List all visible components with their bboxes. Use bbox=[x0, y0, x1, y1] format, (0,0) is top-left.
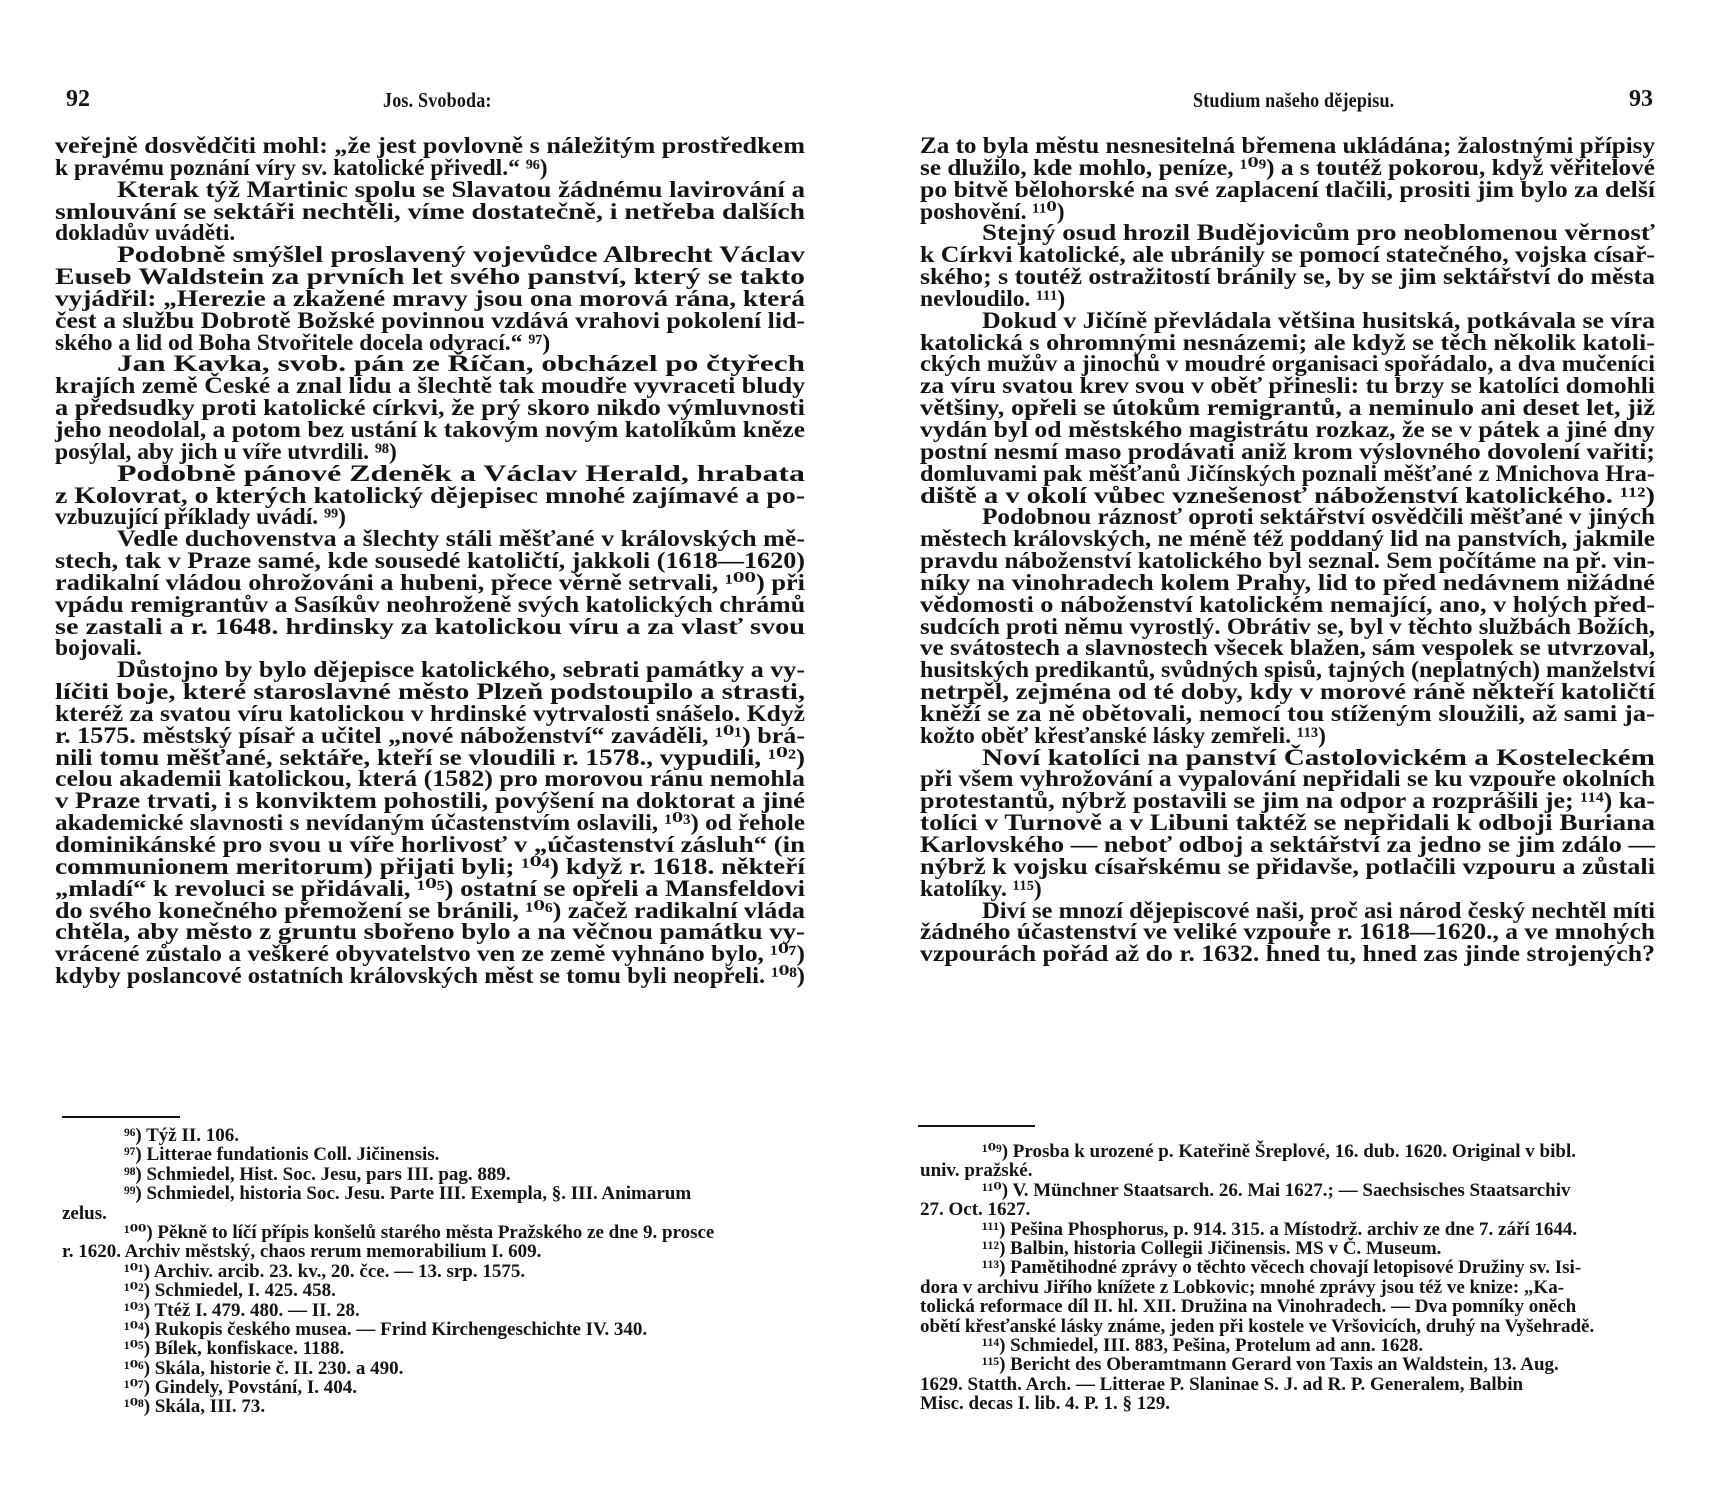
text-line: vzpourách pořád až do r. 1632. hned tu, … bbox=[920, 944, 1655, 966]
text-line: ského; s toutéž ostražitostí bránily se,… bbox=[920, 267, 1655, 289]
text-line: smlouvání se sektáři nechtěli, víme dost… bbox=[55, 202, 805, 224]
text-line: po bitvě bělohorské na své zaplacení tla… bbox=[920, 180, 1655, 202]
text-line: z Kolovrat, o kterých katolický dějepise… bbox=[55, 486, 805, 508]
footnote: ¹⁰⁵) Bílek, konfiskace. 1188. bbox=[62, 1339, 802, 1358]
text-line: se zastali a r. 1648. hrdinsky za katoli… bbox=[55, 617, 805, 639]
body-text: Za to byla městu nesnesitelná břemena uk… bbox=[920, 136, 1655, 966]
footnote: ¹⁰⁶) Skála, historie č. II. 230. a 490. bbox=[62, 1359, 802, 1378]
footnote: ¹¹³) Pamětihodné zprávy o těchto věcech … bbox=[920, 1258, 1655, 1277]
footnote: ¹⁰⁹) Prosba k urozené p. Kateřině Šreplo… bbox=[920, 1142, 1655, 1161]
text-line: nýbrž k vojsku císařskému se přidavše, p… bbox=[920, 857, 1655, 879]
text-line: jeho neodolal, a potom bez ustání k tako… bbox=[55, 420, 805, 442]
text-line: kněží se za ně obětovali, nemocí tou stí… bbox=[920, 704, 1655, 726]
footnote: ¹⁰³) Ttéž I. 479. 480. — II. 28. bbox=[62, 1301, 802, 1320]
footnotes: ¹⁰⁹) Prosba k urozené p. Kateřině Šreplo… bbox=[920, 1142, 1655, 1413]
text-line: veřejně dosvědčiti mohl: „že jest povlov… bbox=[55, 136, 805, 158]
page-number: 92 bbox=[66, 86, 90, 113]
footnote: dora v archivu Jiřího knížete z Lobkovic… bbox=[920, 1278, 1655, 1297]
footnote: ¹¹⁵) Bericht des Oberamtmann Gerard von … bbox=[920, 1355, 1655, 1374]
footnote: ¹⁰⁴) Rukopis českého musea. — Frind Kirc… bbox=[62, 1320, 802, 1339]
footnote: ¹⁰⁸) Skála, III. 73. bbox=[62, 1397, 802, 1416]
footnote: ⁹⁷) Litterae fundationis Coll. Jičinensi… bbox=[62, 1145, 802, 1164]
footnote: ⁹⁶) Týž II. 106. bbox=[62, 1126, 802, 1145]
footnote-divider bbox=[918, 1125, 1035, 1127]
footnotes: ⁹⁶) Týž II. 106.⁹⁷) Litterae fundationis… bbox=[62, 1126, 802, 1417]
footnote: ¹¹¹) Pešina Phosphorus, p. 914. 315. a M… bbox=[920, 1220, 1655, 1239]
running-head: Studium našeho dějepisu. bbox=[1193, 88, 1394, 113]
page-number: 93 bbox=[1629, 86, 1653, 113]
footnote-divider bbox=[62, 1116, 180, 1118]
footnote: ¹¹²) Balbin, historia Collegii Jičinensi… bbox=[920, 1239, 1655, 1258]
footnote: 1629. Statth. Arch. — Litterae P. Slanin… bbox=[920, 1375, 1655, 1394]
body-text: veřejně dosvědčiti mohl: „že jest povlov… bbox=[55, 136, 805, 988]
text-line: kdyby poslancové ostatních královských m… bbox=[55, 966, 805, 988]
running-head: Jos. Svoboda: bbox=[383, 88, 492, 113]
footnote: univ. pražské. bbox=[920, 1161, 1655, 1180]
footnote: Misc. decas I. lib. 4. P. 1. § 129. bbox=[920, 1394, 1655, 1413]
text-line: čest a službu Dobrotě Božské povinnou vz… bbox=[55, 311, 805, 333]
footnote: ¹¹⁰) V. Münchner Staatsarch. 26. Mai 162… bbox=[920, 1181, 1655, 1200]
footnote: ¹⁰⁷) Gindely, Povstání, I. 404. bbox=[62, 1378, 802, 1397]
footnote: tolická reformace díl II. hl. XII. Druži… bbox=[920, 1297, 1655, 1316]
footnote: obětí křesťanské lásky známe, jeden při … bbox=[920, 1317, 1655, 1336]
footnote: ¹⁰⁰) Pěkně to líčí přípis konšelů staréh… bbox=[62, 1223, 802, 1242]
footnote: zelus. bbox=[62, 1204, 802, 1223]
footnote: ⁹⁹) Schmiedel, historia Soc. Jesu. Parte… bbox=[62, 1184, 802, 1203]
footnote: ⁹⁸) Schmiedel, Hist. Soc. Jesu, pars III… bbox=[62, 1165, 802, 1184]
footnote: ¹⁰²) Schmiedel, I. 425. 458. bbox=[62, 1281, 802, 1300]
footnote: ¹¹⁴) Schmiedel, III. 883, Pešina, Protel… bbox=[920, 1336, 1655, 1355]
footnote: 27. Oct. 1627. bbox=[920, 1200, 1655, 1219]
footnote: r. 1620. Archiv městský, chaos rerum mem… bbox=[62, 1242, 802, 1261]
footnote: ¹⁰¹) Archiv. arcib. 23. kv., 20. čce. — … bbox=[62, 1262, 802, 1281]
